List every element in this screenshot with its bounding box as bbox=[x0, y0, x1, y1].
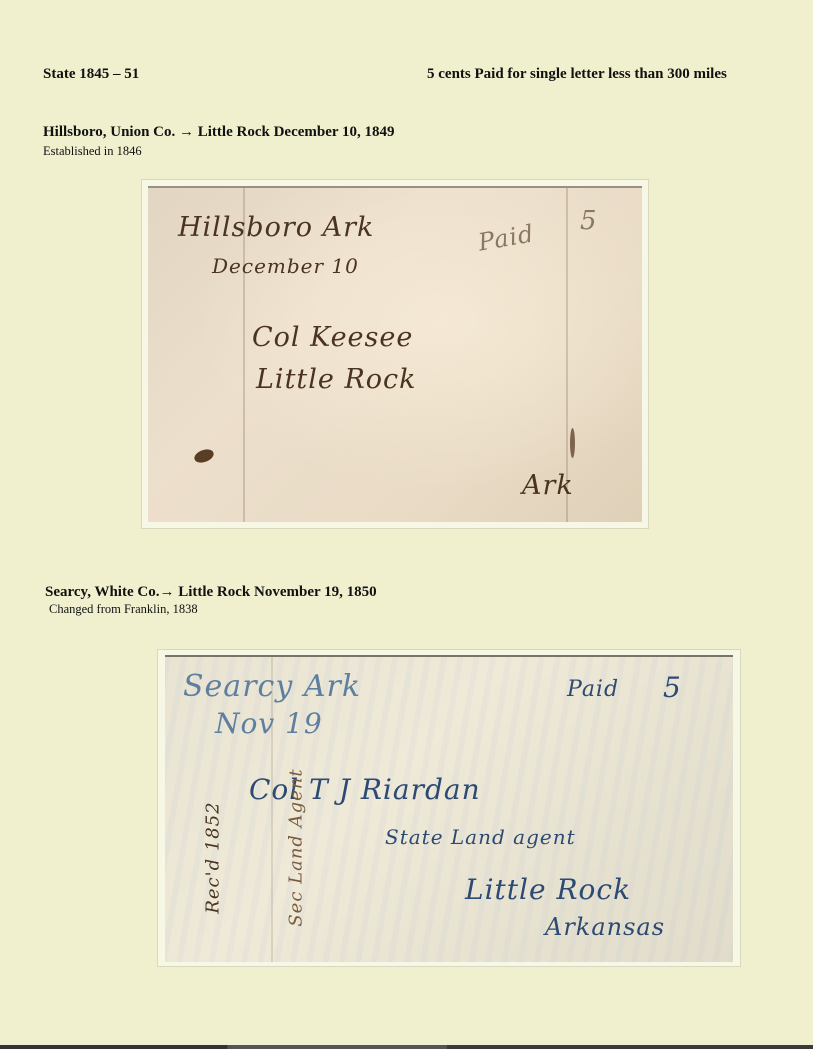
page-bottom-edge bbox=[0, 1045, 813, 1049]
address-line-3: Little Rock bbox=[465, 873, 631, 906]
rate-paid: Paid bbox=[567, 677, 619, 702]
header-left: State 1845 – 51 bbox=[43, 66, 139, 83]
header-right: 5 cents Paid for single letter less than… bbox=[427, 66, 727, 83]
rate-paid: Paid bbox=[476, 219, 536, 256]
cover-2-subtitle: Changed from Franklin, 1838 bbox=[49, 602, 198, 617]
docket-land-agent: Sec Land Agent bbox=[286, 768, 307, 926]
postmark-town: Searcy Ark bbox=[183, 669, 361, 704]
address-line-1: Col T J Riardan bbox=[249, 773, 481, 806]
address-line-3: Ark bbox=[522, 470, 574, 501]
cover-1-title: Hillsboro, Union Co. → Little Rock Decem… bbox=[43, 124, 395, 141]
cover-2-image: Searcy Ark Nov 19 Paid 5 Col T J Riardan… bbox=[165, 655, 733, 962]
rate-value: 5 bbox=[663, 671, 682, 704]
cover-2-title: Searcy, White Co.→ Little Rock November … bbox=[45, 584, 377, 601]
postmark-date: Nov 19 bbox=[215, 707, 323, 740]
address-line-4: Arkansas bbox=[545, 913, 665, 941]
address-line-2: State Land agent bbox=[385, 825, 576, 849]
cover-1-subtitle: Established in 1846 bbox=[43, 144, 142, 159]
address-line-1: Col Keesee bbox=[252, 322, 413, 353]
docket-received: Rec'd 1852 bbox=[203, 801, 224, 913]
ink-blot bbox=[193, 447, 216, 465]
rate-value: 5 bbox=[580, 206, 598, 236]
address-line-2: Little Rock bbox=[256, 364, 417, 395]
cover-1-image: Hillsboro Ark December 10 Paid 5 Col Kee… bbox=[148, 186, 642, 522]
postmark-town: Hillsboro Ark bbox=[178, 212, 374, 243]
ink-blot bbox=[570, 428, 575, 458]
postmark-date: December 10 bbox=[212, 254, 359, 278]
